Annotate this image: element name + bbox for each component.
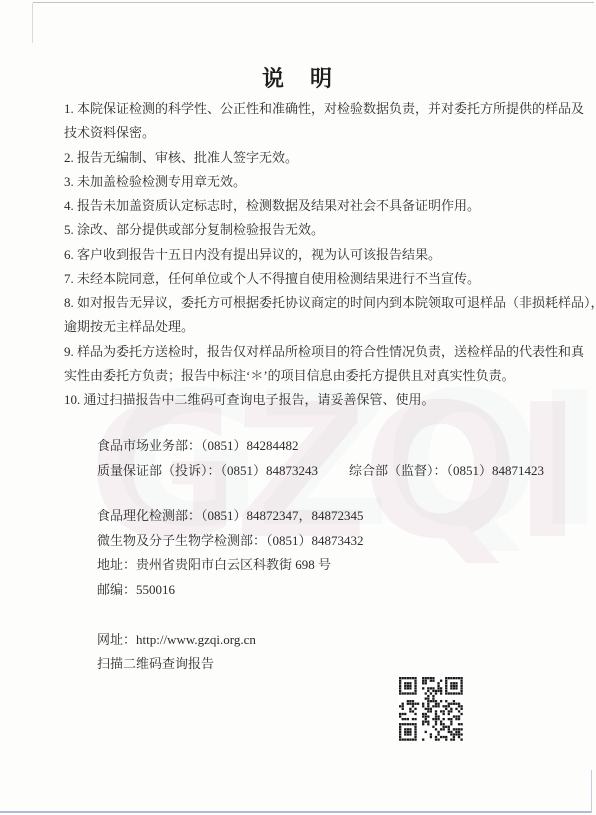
page-title: 说 明 [0,62,596,93]
qr-caption: 扫描二维码查询报告 [97,652,256,676]
note-item-2: 2. 报告无编制、审核、批准人签字无效。 [64,146,592,170]
note-item-7: 7. 未经本院同意，任何单位或个人不得擅自使用检测结果进行不当宣传。 [64,267,592,291]
notes-list: 1. 本院保证检测的科学性、公正性和准确性，对检验数据负责，并对委托方所提供的样… [64,97,592,412]
note-item-10: 10. 通过扫描报告中二维码可查询电子报告，请妥善保管、使用。 [64,388,592,412]
scanned-instructions-page: GZQI GZQI 说 明 1. 本院保证检测的科学性、公正性和准确性，对检验数… [0,0,596,815]
qr-code [399,677,463,741]
contact-address: 地址：贵州省贵阳市白云区科教街 698 号 [97,553,364,578]
contact-block-web: 网址：http://www.gzqi.org.cn 扫描二维码查询报告 [97,628,256,675]
contact-block-labs: 食品理化检测部：（0851）84872347，84872345 微生物及分子生物… [97,504,364,602]
note-item-5: 5. 涂改、部分提供或部分复制检验报告无效。 [64,218,592,242]
contact-block-business: 食品市场业务部：（0851）84284482 质量保证部（投诉）：（0851）8… [97,433,544,483]
note-item-4: 4. 报告未加盖资质认定标志时，检测数据及结果对社会不具备证明作用。 [64,194,592,218]
contact-general-dept: 综合部（监督）：（0851）84871423 [349,463,544,478]
contact-micro-dept: 微生物及分子生物学检测部：（0851）84873432 [97,529,364,554]
website-line: 网址：http://www.gzqi.org.cn [97,628,256,652]
scan-edge-right-line [591,770,592,813]
note-item-9: 9. 样品为委托方送检时，报告仅对样品所检项目的符合性情况负责，送检样品的代表性… [64,340,592,389]
contact-quality-dept: 质量保证部（投诉）：（0851）84873243 [97,463,318,478]
scan-edge-bottom-line [0,811,592,813]
note-item-6: 6. 客户收到报告十五日内没有提出异议的，视为认可该报告结果。 [64,243,592,267]
contact-food-market-dept: 食品市场业务部：（0851）84284482 [97,433,544,458]
note-item-8: 8. 如对报告无异议，委托方可根据委托协议商定的时间内到本院领取可退样品（非损耗… [64,291,592,340]
note-item-3: 3. 未加盖检验检测专用章无效。 [64,170,592,194]
note-item-1: 1. 本院保证检测的科学性、公正性和准确性，对检验数据负责，并对委托方所提供的样… [64,97,592,146]
contact-postal-code: 邮编：550016 [97,578,364,603]
scan-edge-left-line [32,3,33,43]
qr-code-canvas [399,677,463,741]
scan-edge-top-line [33,2,594,3]
contact-quality-general-line: 质量保证部（投诉）：（0851）84873243综合部（监督）：（0851）84… [97,458,544,483]
contact-physchem-dept: 食品理化检测部：（0851）84872347，84872345 [97,504,364,529]
